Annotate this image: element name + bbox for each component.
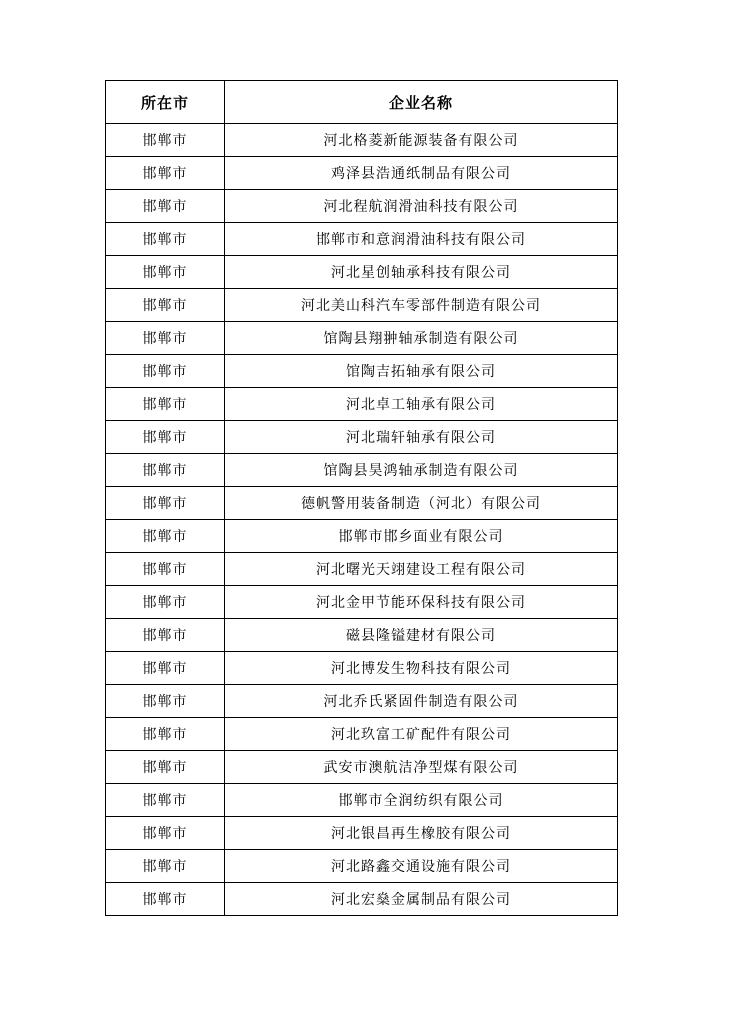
company-cell: 河北程航润滑油科技有限公司 [225,190,618,223]
company-cell: 鸡泽县浩通纸制品有限公司 [225,157,618,190]
header-city: 所在市 [106,81,225,124]
company-cell: 河北金甲节能环保科技有限公司 [225,586,618,619]
table-row: 邯郸市馆陶吉拓轴承有限公司 [106,355,618,388]
table-row: 邯郸市邯郸市邯乡面业有限公司 [106,520,618,553]
city-cell: 邯郸市 [106,883,225,916]
table-row: 邯郸市馆陶县昊鸿轴承制造有限公司 [106,454,618,487]
city-cell: 邯郸市 [106,289,225,322]
company-cell: 河北星创轴承科技有限公司 [225,256,618,289]
company-cell: 河北银昌再生橡胶有限公司 [225,817,618,850]
company-cell: 馆陶吉拓轴承有限公司 [225,355,618,388]
company-cell: 河北乔氏紧固件制造有限公司 [225,685,618,718]
company-cell: 馆陶县昊鸿轴承制造有限公司 [225,454,618,487]
table-row: 邯郸市河北路鑫交通设施有限公司 [106,850,618,883]
city-cell: 邯郸市 [106,388,225,421]
city-cell: 邯郸市 [106,619,225,652]
company-table: 所在市 企业名称 邯郸市河北格菱新能源装备有限公司邯郸市鸡泽县浩通纸制品有限公司… [105,80,618,916]
table-row: 邯郸市鸡泽县浩通纸制品有限公司 [106,157,618,190]
company-cell: 馆陶县翔翀轴承制造有限公司 [225,322,618,355]
table-row: 邯郸市馆陶县翔翀轴承制造有限公司 [106,322,618,355]
table-row: 邯郸市河北博发生物科技有限公司 [106,652,618,685]
table-row: 邯郸市河北瑞轩轴承有限公司 [106,421,618,454]
table-row: 邯郸市河北玖富工矿配件有限公司 [106,718,618,751]
table-body: 邯郸市河北格菱新能源装备有限公司邯郸市鸡泽县浩通纸制品有限公司邯郸市河北程航润滑… [106,124,618,916]
table-row: 邯郸市河北曙光天翊建设工程有限公司 [106,553,618,586]
city-cell: 邯郸市 [106,850,225,883]
table-header-row: 所在市 企业名称 [106,81,618,124]
city-cell: 邯郸市 [106,751,225,784]
table-row: 邯郸市河北乔氏紧固件制造有限公司 [106,685,618,718]
city-cell: 邯郸市 [106,652,225,685]
city-cell: 邯郸市 [106,520,225,553]
city-cell: 邯郸市 [106,718,225,751]
city-cell: 邯郸市 [106,223,225,256]
company-cell: 河北博发生物科技有限公司 [225,652,618,685]
company-cell: 河北瑞轩轴承有限公司 [225,421,618,454]
city-cell: 邯郸市 [106,124,225,157]
city-cell: 邯郸市 [106,784,225,817]
table-row: 邯郸市河北金甲节能环保科技有限公司 [106,586,618,619]
document-page: 所在市 企业名称 邯郸市河北格菱新能源装备有限公司邯郸市鸡泽县浩通纸制品有限公司… [0,0,734,1036]
header-company-name: 企业名称 [225,81,618,124]
company-cell: 河北美山科汽车零部件制造有限公司 [225,289,618,322]
table-row: 邯郸市邯郸市全润纺织有限公司 [106,784,618,817]
city-cell: 邯郸市 [106,157,225,190]
city-cell: 邯郸市 [106,454,225,487]
company-cell: 河北格菱新能源装备有限公司 [225,124,618,157]
city-cell: 邯郸市 [106,487,225,520]
table-row: 邯郸市河北美山科汽车零部件制造有限公司 [106,289,618,322]
city-cell: 邯郸市 [106,586,225,619]
table-row: 邯郸市河北星创轴承科技有限公司 [106,256,618,289]
city-cell: 邯郸市 [106,421,225,454]
table-row: 邯郸市磁县隆镒建材有限公司 [106,619,618,652]
city-cell: 邯郸市 [106,553,225,586]
city-cell: 邯郸市 [106,190,225,223]
city-cell: 邯郸市 [106,322,225,355]
table-row: 邯郸市河北格菱新能源装备有限公司 [106,124,618,157]
company-cell: 磁县隆镒建材有限公司 [225,619,618,652]
table-row: 邯郸市河北银昌再生橡胶有限公司 [106,817,618,850]
table-row: 邯郸市河北卓工轴承有限公司 [106,388,618,421]
company-cell: 河北曙光天翊建设工程有限公司 [225,553,618,586]
company-cell: 武安市澳航洁净型煤有限公司 [225,751,618,784]
company-cell: 河北路鑫交通设施有限公司 [225,850,618,883]
table-row: 邯郸市德帆警用装备制造（河北）有限公司 [106,487,618,520]
company-cell: 河北玖富工矿配件有限公司 [225,718,618,751]
company-cell: 邯郸市全润纺织有限公司 [225,784,618,817]
table-row: 邯郸市武安市澳航洁净型煤有限公司 [106,751,618,784]
company-cell: 邯郸市和意润滑油科技有限公司 [225,223,618,256]
company-cell: 德帆警用装备制造（河北）有限公司 [225,487,618,520]
company-cell: 邯郸市邯乡面业有限公司 [225,520,618,553]
company-cell: 河北卓工轴承有限公司 [225,388,618,421]
city-cell: 邯郸市 [106,355,225,388]
city-cell: 邯郸市 [106,817,225,850]
table-row: 邯郸市河北程航润滑油科技有限公司 [106,190,618,223]
city-cell: 邯郸市 [106,256,225,289]
table-row: 邯郸市邯郸市和意润滑油科技有限公司 [106,223,618,256]
city-cell: 邯郸市 [106,685,225,718]
company-cell: 河北宏燊金属制品有限公司 [225,883,618,916]
table-row: 邯郸市河北宏燊金属制品有限公司 [106,883,618,916]
